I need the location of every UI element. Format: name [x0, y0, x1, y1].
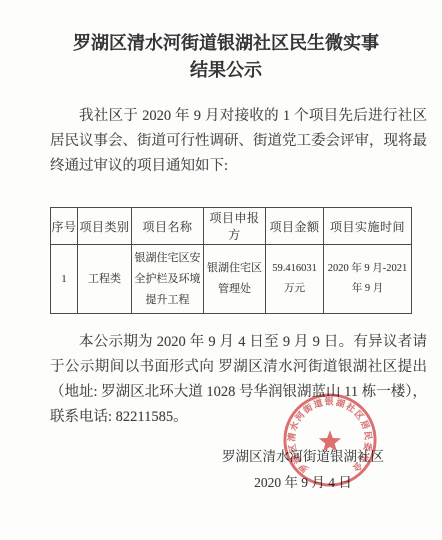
document-title: 罗湖区清水河街道银湖社区民生微实事 结果公示	[25, 30, 427, 84]
table-header-row: 序号 项目类别 项目名称 项目申报方 项目金额 项目实施时间	[51, 208, 412, 245]
intro-paragraph: 我社区于 2020 年 9 月对接收的 1 个项目先后进行社区居民议事会、街道可…	[50, 104, 427, 179]
col-header-applicant: 项目申报方	[204, 208, 266, 245]
col-header-seq: 序号	[51, 208, 78, 245]
document-page: 罗湖区清水河街道银湖社区民生微实事 结果公示 我社区于 2020 年 9 月对接…	[0, 0, 442, 540]
title-line-2: 结果公示	[25, 57, 427, 84]
cell-seq: 1	[51, 245, 78, 314]
stamp-star-icon	[319, 430, 341, 451]
cell-project-name: 银湖住宅区安全护栏及环境提升工程	[132, 245, 204, 314]
col-header-amount: 项目金额	[266, 208, 324, 245]
col-header-category: 项目类别	[78, 208, 132, 245]
title-line-1: 罗湖区清水河街道银湖社区民生微实事	[25, 30, 427, 57]
table-row: 1 工程类 银湖住宅区安全护栏及环境提升工程 银湖住宅区管理处 59.41603…	[51, 245, 412, 314]
col-header-schedule: 项目实施时间	[324, 208, 412, 245]
cell-schedule: 2020 年 9 月-2021 年 9 月	[324, 245, 412, 314]
cell-applicant: 银湖住宅区管理处	[204, 245, 266, 314]
col-header-project-name: 项目名称	[132, 208, 204, 245]
official-seal-stamp: 罗湖区清水河街道银湖社区居民委员会	[281, 391, 379, 489]
projects-table: 序号 项目类别 项目名称 项目申报方 项目金额 项目实施时间 1 工程类 银湖住…	[50, 207, 412, 314]
cell-category: 工程类	[78, 245, 132, 314]
cell-amount: 59.416031 万元	[266, 245, 324, 314]
